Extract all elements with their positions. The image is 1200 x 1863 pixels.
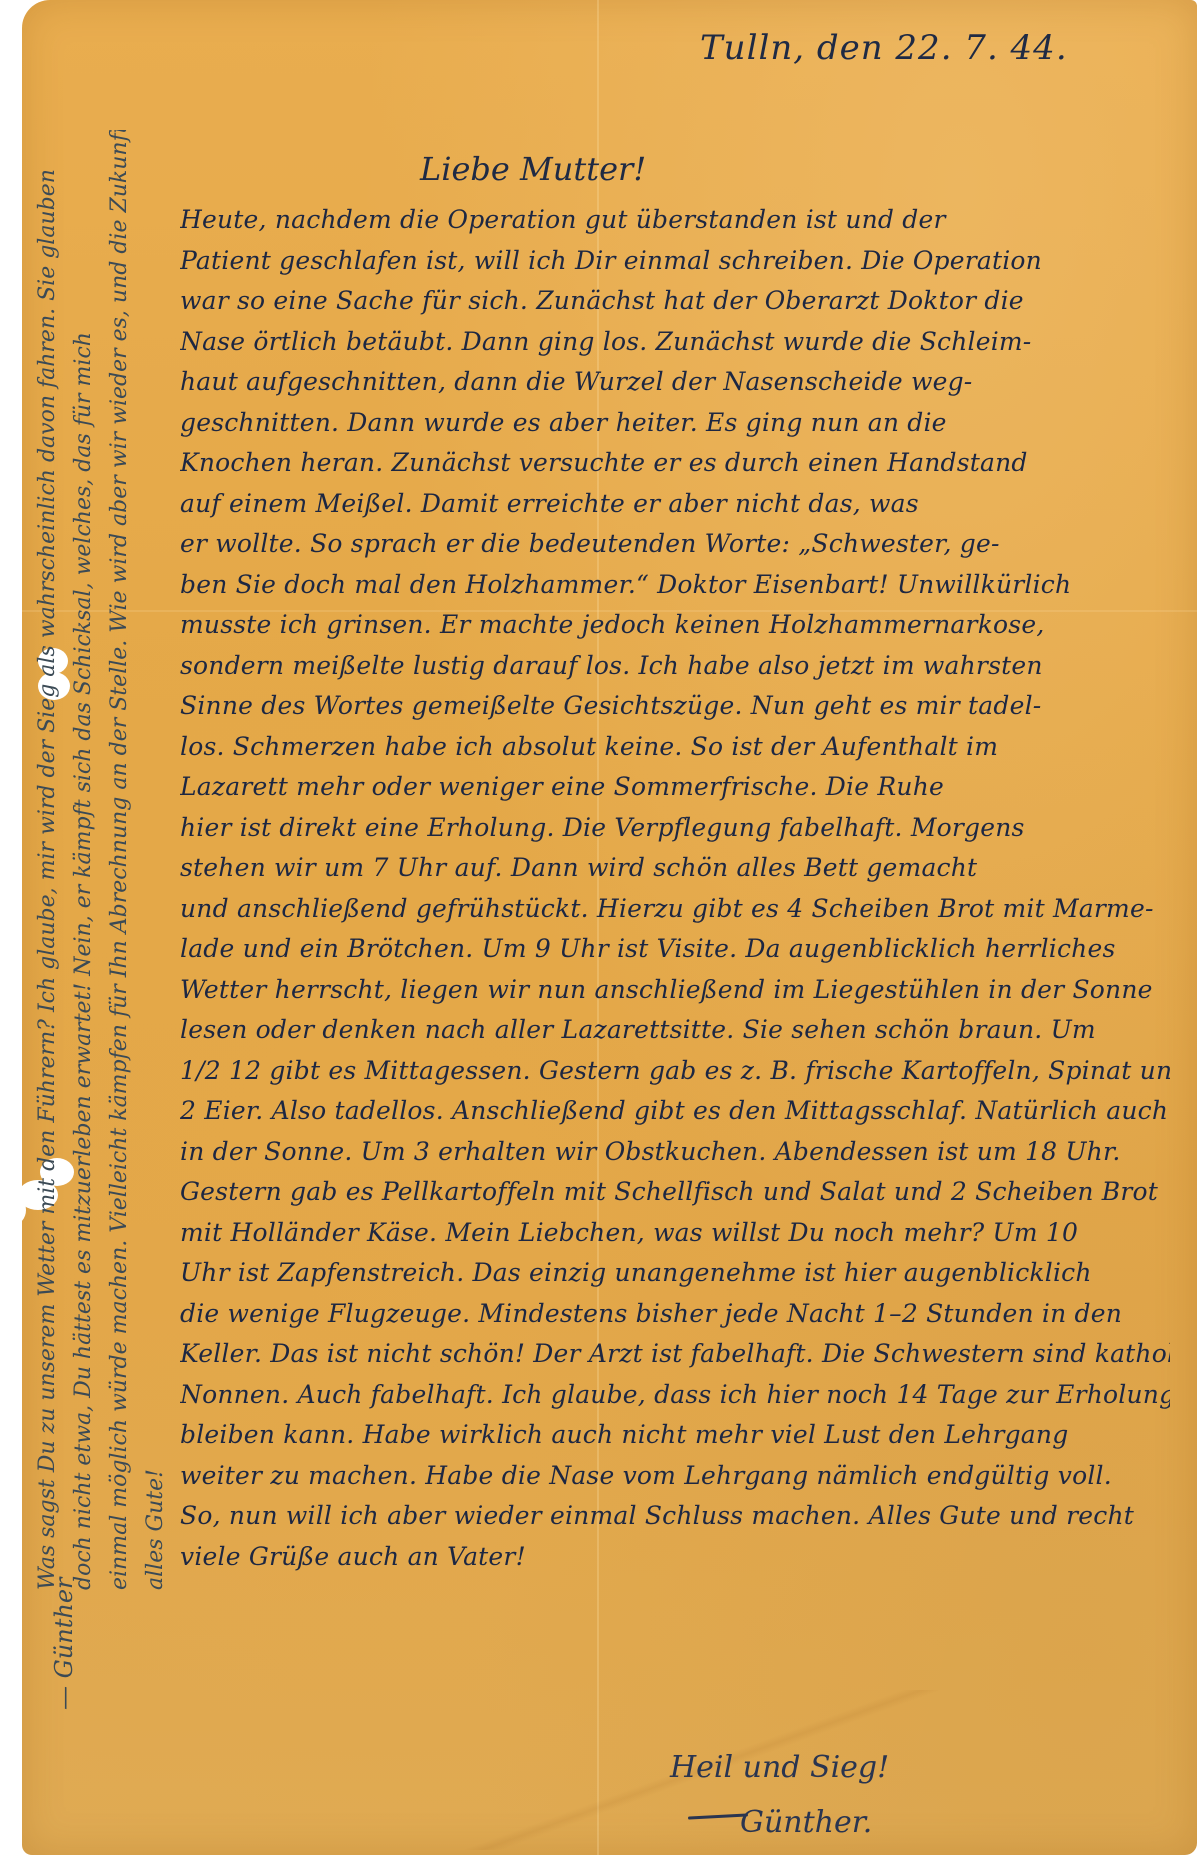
body-line: Sinne des Wortes gemeißelte Gesichtszüge… — [180, 686, 1170, 727]
margin-signature: — Günther — [40, 1380, 120, 1710]
body-line: er wollte. So sprach er die bedeutenden … — [180, 524, 1170, 565]
body-line: und anschließend gefrühstückt. Hierzu gi… — [180, 889, 1170, 930]
letter-body: Heute, nachdem die Operation gut übersta… — [180, 200, 1170, 1577]
body-line: bleiben kann. Habe wirklich auch nicht m… — [180, 1415, 1170, 1456]
body-line: Uhr ist Zapfenstreich. Das einzig unange… — [180, 1253, 1170, 1294]
body-line: Gestern gab es Pellkartoffeln mit Schell… — [180, 1172, 1170, 1213]
body-line: war so eine Sache für sich. Zunächst hat… — [180, 281, 1170, 322]
body-line: mit Holländer Käse. Mein Liebchen, was w… — [180, 1213, 1170, 1254]
body-line: lesen oder denken nach aller Lazarettsit… — [180, 1010, 1170, 1051]
body-line: in der Sonne. Um 3 erhalten wir Obstkuch… — [180, 1132, 1170, 1173]
body-line: Keller. Das ist nicht schön! Der Arzt is… — [180, 1334, 1170, 1375]
body-line: lade und ein Brötchen. Um 9 Uhr ist Visi… — [180, 929, 1170, 970]
margin-line: doch nicht etwa, Du hättest es mitzuerle… — [66, 130, 102, 1590]
margin-line: einmal möglich würde machen. Vielleicht … — [102, 130, 138, 1590]
body-line: 1/2 12 gibt es Mittagessen. Gestern gab … — [180, 1051, 1170, 1092]
body-line: los. Schmerzen habe ich absolut keine. S… — [180, 727, 1170, 768]
punch-hole-lower-c — [0, 1195, 26, 1225]
margin-note-text: Was sagst Du zu unserem Wetter mit den F… — [30, 130, 180, 1590]
margin-note: Was sagst Du zu unserem Wetter mit den F… — [30, 130, 180, 1590]
body-line: Lazarett mehr oder weniger eine Sommerfr… — [180, 767, 1170, 808]
margin-line: alles Gute! — [138, 130, 174, 1590]
margin-line: Was sagst Du zu unserem Wetter mit den F… — [30, 130, 66, 1590]
body-line: Heute, nachdem die Operation gut übersta… — [180, 200, 1170, 241]
body-line: viele Grüße auch an Vater! — [180, 1537, 1170, 1578]
body-line: Nase örtlich betäubt. Dann ging los. Zun… — [180, 322, 1170, 363]
body-line: Knochen heran. Zunächst versuchte er es … — [180, 443, 1170, 484]
body-line: sondern meißelte lustig darauf los. Ich … — [180, 646, 1170, 687]
margin-signature-text: — Günther — [50, 1578, 78, 1711]
signature: Günther. — [740, 1805, 872, 1840]
body-line: haut aufgeschnitten, dann die Wurzel der… — [180, 362, 1170, 403]
greeting: Liebe Mutter! — [420, 150, 646, 188]
place-date: Tulln, den 22. 7. 44. — [700, 28, 1068, 68]
body-line: Wetter herrscht, liegen wir nun anschlie… — [180, 970, 1170, 1011]
body-line: musste ich grinsen. Er machte jedoch kei… — [180, 605, 1170, 646]
body-line: Nonnen. Auch fabelhaft. Ich glaube, dass… — [180, 1375, 1170, 1416]
body-line: die wenige Flugzeuge. Mindestens bisher … — [180, 1294, 1170, 1335]
body-line: geschnitten. Dann wurde es aber heiter. … — [180, 403, 1170, 444]
body-line: ben Sie doch mal den Holzhammer.“ Doktor… — [180, 565, 1170, 606]
body-line: 2 Eier. Also tadellos. Anschließend gibt… — [180, 1091, 1170, 1132]
body-line: stehen wir um 7 Uhr auf. Dann wird schön… — [180, 848, 1170, 889]
body-line: So, nun will ich aber wieder einmal Schl… — [180, 1496, 1170, 1537]
body-line: hier ist direkt eine Erholung. Die Verpf… — [180, 808, 1170, 849]
body-line: Patient geschlafen ist, will ich Dir ein… — [180, 241, 1170, 282]
body-line: auf einem Meißel. Damit erreichte er abe… — [180, 484, 1170, 525]
closing-salutation: Heil und Sieg! — [670, 1750, 889, 1785]
body-line: weiter zu machen. Habe die Nase vom Lehr… — [180, 1456, 1170, 1497]
